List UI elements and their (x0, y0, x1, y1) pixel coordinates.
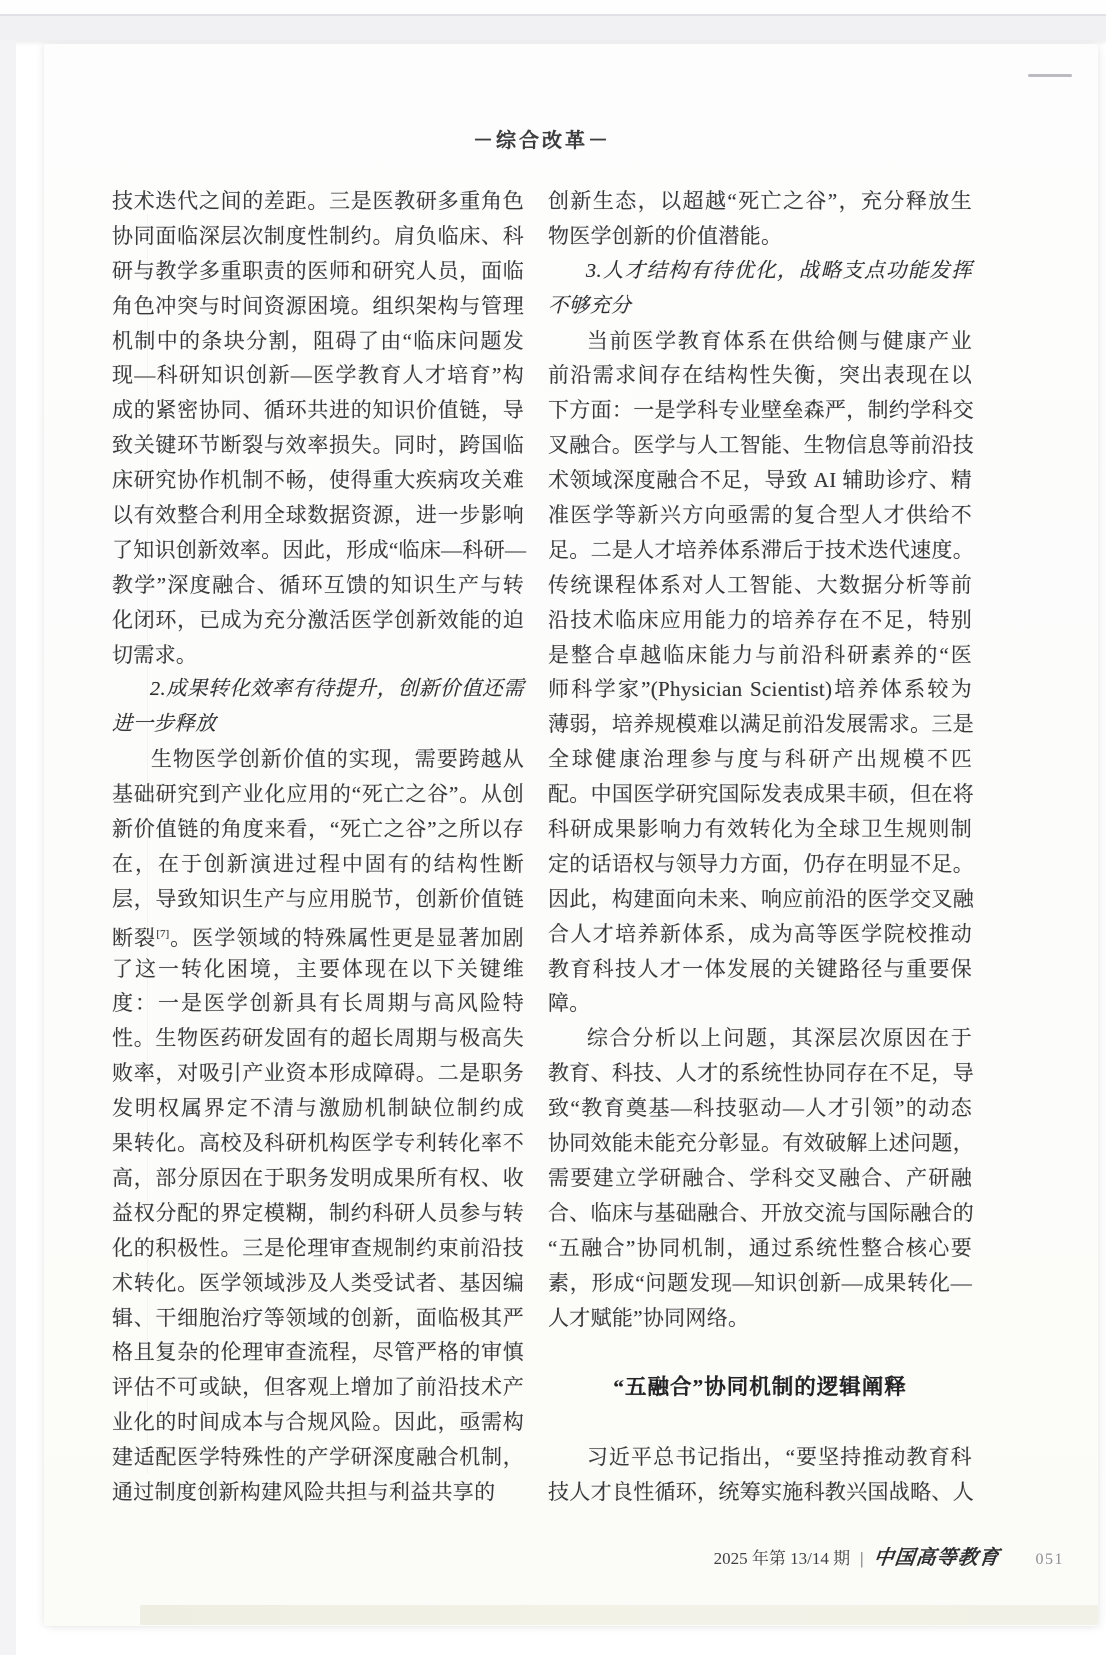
text-line: 生物医学创新价值的实现，需要跨越从 (112, 742, 524, 777)
top-page-edge-band (0, 0, 1106, 16)
text-line: 协同效能未能充分彰显。有效破解上述问题， (548, 1126, 972, 1161)
text-line: 配。中国医学研究国际发表成果丰硕，但在将 (548, 777, 972, 812)
text-line: 建适配医学特殊性的产学研深度融合机制， (112, 1440, 524, 1475)
text-line: 障。 (548, 986, 972, 1021)
text-line: 创新生态，以超越“死亡之谷”，充分释放生 (548, 184, 972, 219)
text-line: 床研究协作机制不畅，使得重大疾病攻关难 (112, 463, 524, 498)
text-line: 发明权属界定不清与激励机制缺位制约成 (112, 1091, 524, 1126)
text-line: 准医学等新兴方向亟需的复合型人才供给不 (548, 498, 972, 533)
text-line: 业化的时间成本与合规风险。因此，亟需构 (112, 1405, 524, 1440)
text-line: 传统课程体系对人工智能、大数据分析等前 (548, 568, 972, 603)
text-line: 素，形成“问题发现—知识创新—成果转化— (548, 1266, 972, 1301)
page-bottom-edge (140, 1605, 1098, 1625)
text-line: “五融合”协同机制，通过系统性整合核心要 (548, 1231, 972, 1266)
text-line: 薄弱，培养规模难以满足前沿发展需求。三是 (548, 707, 972, 742)
text-line: 叉融合。医学与人工智能、生物信息等前沿技 (548, 428, 972, 463)
text-line: 教育、科技、人才的系统性协同存在不足，导 (548, 1056, 972, 1091)
issue-info: 2025 年第 13/14 期 (714, 1544, 850, 1569)
text-line: 角色冲突与时间资源困境。组织架构与管理 (112, 289, 524, 324)
text-line (548, 1405, 972, 1440)
text-line: 教学”深度融合、循环互馈的知识生产与转 (112, 568, 524, 603)
text-line: 定的话语权与领导力方面，仍存在明显不足。 (548, 847, 972, 882)
text-line: 通过制度创新构建风险共担与利益共享的 (112, 1475, 524, 1510)
text-line: 了知识创新效率。因此，形成“临床—科研— (112, 533, 524, 568)
text-line: 合、临床与基础融合、开放交流与国际融合的 (548, 1196, 972, 1231)
text-line: 在，在于创新演进过程中固有的结构性断 (112, 847, 524, 882)
text-line: 技术迭代之间的差距。三是医教研多重角色 (112, 184, 524, 219)
text-line: 进一步释放 (112, 707, 524, 742)
text-line: 现—科研知识创新—医学教育人才培育”构 (112, 358, 524, 393)
text-line: 3.人才结构有待优化，战略支点功能发挥 (548, 254, 972, 289)
text-line: 因此，构建面向未来、响应前沿的医学交叉融 (548, 882, 972, 917)
text-line: 全球健康治理参与度与科研产出规模不匹 (548, 742, 972, 777)
text-line: 化的积极性。三是伦理审查规制约束前沿技 (112, 1231, 524, 1266)
section-header: －综合改革－ (112, 124, 972, 153)
page-corner-mark (1028, 74, 1072, 77)
text-line: 术转化。医学领域涉及人类受试者、基因编 (112, 1266, 524, 1301)
text-line: “五融合”协同机制的逻辑阐释 (548, 1370, 972, 1405)
text-line: 益权分配的界定模糊，制约科研人员参与转 (112, 1196, 524, 1231)
text-line: 技人才良性循环，统筹实施科教兴国战略、人 (548, 1475, 972, 1510)
magazine-page: －综合改革－ 技术迭代之间的差距。三是医教研多重角色协同面临深层次制度性制约。肩… (44, 44, 1098, 1626)
text-line: 教育科技人才一体发展的关键路径与重要保 (548, 952, 972, 987)
text-line: 成的紧密协同、循环共进的知识价值链，导 (112, 393, 524, 428)
text-line: 了这一转化困境，主要体现在以下关键维 (112, 952, 524, 987)
text-line: 需要建立学研融合、学科交叉融合、产研融 (548, 1161, 972, 1196)
text-line (548, 1335, 972, 1370)
text-line: 基础研究到产业化应用的“死亡之谷”。从创 (112, 777, 524, 812)
footer-separator: | (860, 1549, 863, 1569)
journal-name: 中国高等教育 (872, 1541, 1001, 1570)
text-line: 度：一是医学创新具有长周期与高风险特 (112, 986, 524, 1021)
text-line: 前沿需求间存在结构性失衡，突出表现在以 (548, 358, 972, 393)
right-text-column: 创新生态，以超越“死亡之谷”，充分释放生物医学创新的价值潜能。3.人才结构有待优… (548, 184, 972, 1510)
text-line: 不够充分 (548, 289, 972, 324)
left-text-column: 技术迭代之间的差距。三是医教研多重角色协同面临深层次制度性制约。肩负临床、科研与… (112, 184, 524, 1510)
text-line: 足。二是人才培养体系滞后于技术迭代速度。 (548, 533, 972, 568)
text-line: 果转化。高校及科研机构医学专利转化率不 (112, 1126, 524, 1161)
text-line: 师科学家”(Physician Scientist)培养体系较为 (548, 672, 972, 707)
text-line: 断裂[7]。医学领域的特殊属性更是显著加剧 (112, 917, 524, 952)
text-line: 是整合卓越临床能力与前沿科研素养的“医 (548, 638, 972, 673)
text-line: 习近平总书记指出，“要坚持推动教育科 (548, 1440, 972, 1475)
text-line: 下方面：一是学科专业壁垒森严，制约学科交 (548, 393, 972, 428)
text-line: 物医学创新的价值潜能。 (548, 219, 972, 254)
text-line: 协同面临深层次制度性制约。肩负临床、科 (112, 219, 524, 254)
text-line: 辑、干细胞治疗等领域的创新，面临极其严 (112, 1301, 524, 1336)
text-line: 合人才培养新体系，成为高等医学院校推动 (548, 917, 972, 952)
text-columns: 技术迭代之间的差距。三是医教研多重角色协同面临深层次制度性制约。肩负临床、科研与… (112, 184, 972, 1510)
text-line: 综合分析以上问题，其深层次原因在于 (548, 1021, 972, 1056)
text-line: 评估不可或缺，但客观上增加了前沿技术产 (112, 1370, 524, 1405)
text-line: 切需求。 (112, 638, 524, 673)
text-line: 2.成果转化效率有待提升，创新价值还需 (112, 672, 524, 707)
upper-page-edge-band (0, 16, 1106, 41)
text-line: 败率，对吸引产业资本形成障碍。二是职务 (112, 1056, 524, 1091)
page-footer: 2025 年第 13/14 期 | 中国高等教育 051 (112, 1541, 1064, 1570)
text-line: 新价值链的角度来看，“死亡之谷”之所以存 (112, 812, 524, 847)
text-line: 沿技术临床应用能力的培养存在不足，特别 (548, 603, 972, 638)
text-line: 科研成果影响力有效转化为全球卫生规则制 (548, 812, 972, 847)
text-line: 格且复杂的伦理审查流程，尽管严格的审慎 (112, 1335, 524, 1370)
text-line: 以有效整合利用全球数据资源，进一步影响 (112, 498, 524, 533)
text-line: 化闭环，已成为充分激活医学创新效能的迫 (112, 603, 524, 638)
text-line: 人才赋能”协同网络。 (548, 1301, 972, 1336)
text-line: 机制中的条块分割，阻碍了由“临床问题发 (112, 324, 524, 359)
text-line: 性。生物医药研发固有的超长周期与极高失 (112, 1021, 524, 1056)
text-line: 当前医学教育体系在供给侧与健康产业 (548, 324, 972, 359)
left-background-strip (0, 40, 16, 1655)
text-line: 致关键环节断裂与效率损失。同时，跨国临 (112, 428, 524, 463)
text-line: 术领域深度融合不足，导致 AI 辅助诊疗、精 (548, 463, 972, 498)
page-number: 051 (1036, 1551, 1065, 1569)
text-line: 高，部分原因在于职务发明成果所有权、收 (112, 1161, 524, 1196)
text-line: 研与教学多重职责的医师和研究人员，面临 (112, 254, 524, 289)
text-line: 层，导致知识生产与应用脱节，创新价值链 (112, 882, 524, 917)
text-line: 致“教育奠基—科技驱动—人才引领”的动态 (548, 1091, 972, 1126)
